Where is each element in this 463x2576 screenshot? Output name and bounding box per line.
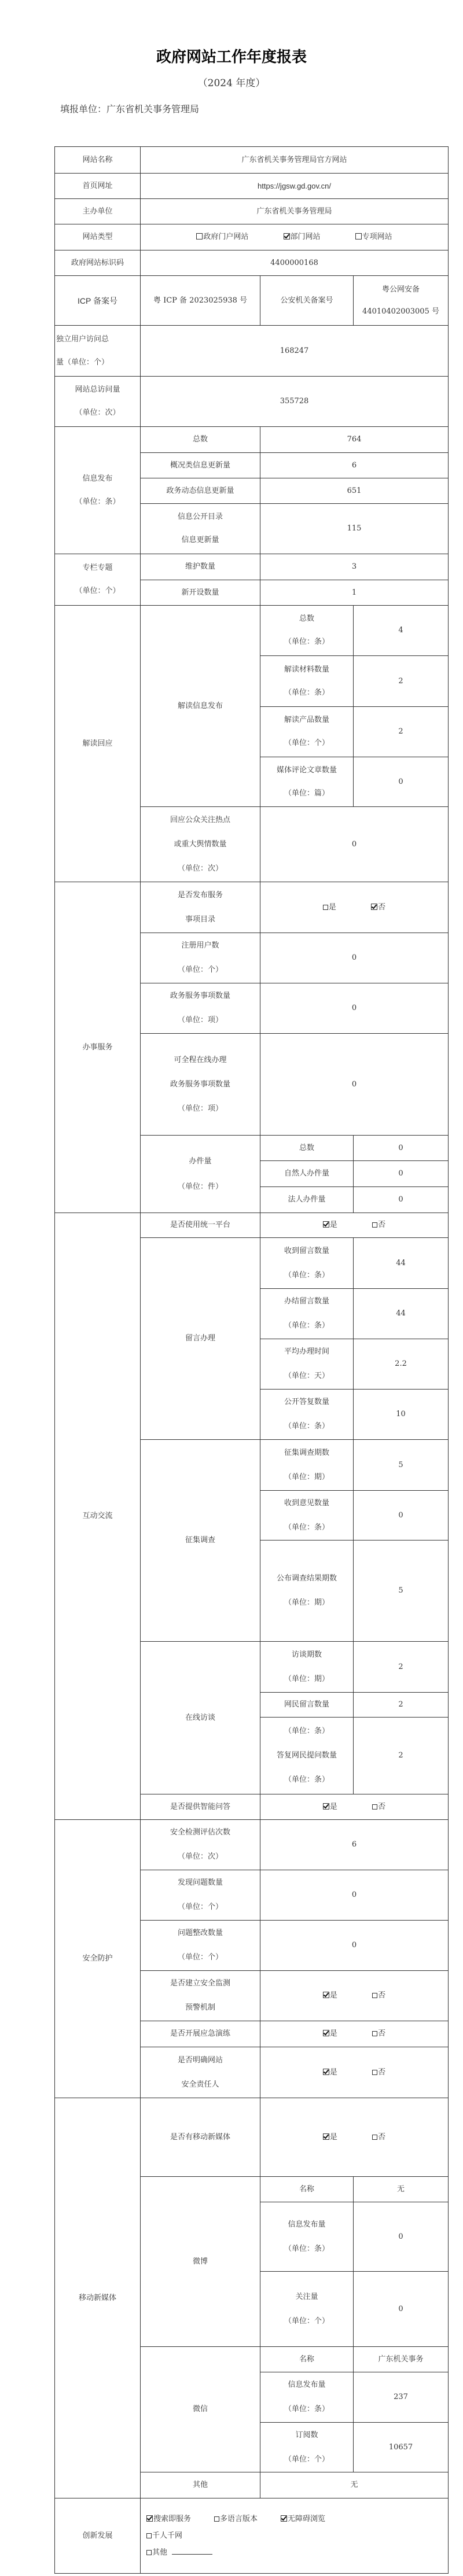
value-site-code: 4400000168 [141, 250, 449, 276]
row-platform: 互动交流 是否使用统一平台 是 否 [55, 1213, 449, 1238]
label-interview-count: 访谈期数（单位：期） [260, 1642, 354, 1693]
label-interpret-media: 媒体评论文章数量（单位：篇） [260, 757, 354, 807]
label-wechat: 微信 [141, 2347, 260, 2472]
value-msg-done: 44 [354, 1289, 449, 1339]
label-info-total: 总数 [141, 427, 260, 453]
value-weibo-posts: 0 [354, 2202, 449, 2272]
label-service-catalog: 是否发布服务事项目录 [141, 882, 260, 933]
label-interpret: 解读回应 [55, 606, 141, 882]
site-type-options: 政府门户网站 部门网站 专项网站 [141, 224, 449, 250]
value-cases-person: 0 [354, 1161, 449, 1187]
row-sponsor: 主办单位 广东省机关事务管理局 [55, 199, 449, 224]
label-weibo-name: 名称 [260, 2177, 354, 2202]
label-site-code: 政府网站标识码 [55, 250, 141, 276]
label-msg: 留言办理 [141, 1238, 260, 1440]
value-info-news: 651 [260, 478, 449, 504]
label-security: 安全防护 [55, 1820, 141, 2098]
label-cases-legal: 法人办件量 [260, 1187, 354, 1213]
checkbox-checked-icon[interactable] [146, 2515, 153, 2522]
label-uv: 独立用户访问总 量（单位：个） [55, 326, 141, 377]
label-survey-count: 征集调查期数（单位：期） [260, 1440, 354, 1491]
value-uv: 168247 [141, 326, 449, 377]
checkbox-unchecked-icon[interactable] [372, 1222, 377, 1228]
option-accessibility[interactable]: 无障碍浏览 [281, 2511, 325, 2527]
checkbox-unchecked-icon[interactable] [323, 905, 328, 910]
label-site-type: 网站类型 [55, 224, 141, 250]
checkbox-unchecked-icon[interactable] [146, 2533, 152, 2538]
checkbox-unchecked-icon[interactable] [372, 2070, 377, 2075]
option-other[interactable]: 其他 [146, 2544, 212, 2561]
label-interaction: 互动交流 [55, 1213, 141, 1820]
smart-qa-options: 是 否 [260, 1794, 449, 1820]
option-no[interactable]: 否 [372, 1219, 385, 1232]
row-media-has: 移动新媒体 是否有移动新媒体 是 否 [55, 2098, 449, 2177]
innovation-options: 搜索即服务多语言版本无障碍浏览 千人千网 其他 [141, 2498, 449, 2574]
annual-report-table: 网站名称 广东省机关事务管理局官方网站 首页网址 https://jgsw.gd… [54, 146, 449, 2574]
value-weibo-followers: 0 [354, 2272, 449, 2347]
option-special[interactable]: 专项网站 [355, 231, 392, 244]
label-wechat-name: 名称 [260, 2347, 354, 2372]
option-yes[interactable]: 是 [323, 901, 336, 914]
row-interpret-total: 解读回应 解读信息发布 总数（单位：条） 4 [55, 606, 449, 656]
value-interview-count: 2 [354, 1642, 449, 1693]
label-columns-maintain: 维护数量 [141, 554, 260, 580]
label-interpret-product: 解读产品数量（单位：个） [260, 707, 354, 757]
sec-owner-options: 是 否 [260, 2047, 449, 2098]
value-service-online: 0 [260, 1034, 449, 1136]
checkbox-unchecked-icon[interactable] [372, 1804, 377, 1810]
label-interpret-material: 解读材料数量（单位：条） [260, 656, 354, 707]
checkbox-unchecked-icon[interactable] [355, 233, 362, 239]
value-interpret-media: 0 [354, 757, 449, 807]
option-no[interactable]: 否 [372, 2028, 385, 2040]
row-site-name: 网站名称 广东省机关事务管理局官方网站 [55, 147, 449, 174]
row-sec-checks: 安全防护 安全检测评估次数（单位：次） 6 [55, 1820, 449, 1870]
label-cases-person: 自然人办件量 [260, 1161, 354, 1187]
value-sec-checks: 6 [260, 1820, 449, 1870]
row-icp: ICP 备案号 粤 ICP 备 2023025938 号 公安机关备案号 粤公网… [55, 276, 449, 326]
label-sponsor: 主办单位 [55, 199, 141, 224]
option-yes[interactable]: 是 [323, 1801, 337, 1814]
label-info-overview: 概况类信息更新量 [141, 453, 260, 478]
row-columns-maintain: 专栏专题 （单位：个） 维护数量 3 [55, 554, 449, 580]
value-survey-results: 5 [354, 1541, 449, 1642]
value-interpret-product: 2 [354, 707, 449, 757]
option-no[interactable]: 否 [372, 2131, 385, 2144]
label-msg-done: 办结留言数量（单位：条） [260, 1289, 354, 1339]
value-interview-replies: 2 [354, 1718, 449, 1794]
filling-unit: 填报单位：广东省机关事务管理局 [60, 102, 199, 115]
row-site-type: 网站类型 政府门户网站 部门网站 专项网站 [55, 224, 449, 250]
value-cases-legal: 0 [354, 1187, 449, 1213]
option-yes[interactable]: 是 [323, 2066, 337, 2079]
label-wechat-subs: 订阅数（单位：个） [260, 2423, 354, 2472]
label-sec-owner: 是否明确网站安全责任人 [141, 2047, 260, 2098]
label-service-online: 可全程在线办理政务服务事项数量（单位：项） [141, 1034, 260, 1136]
label-info-publish: 信息发布 （单位：条） [55, 427, 141, 554]
value-wechat-subs: 10657 [354, 2423, 449, 2472]
row-uv: 独立用户访问总 量（单位：个） 168247 [55, 326, 449, 377]
value-msg-received: 44 [354, 1238, 449, 1289]
label-info-catalog: 信息公开目录 信息更新量 [141, 504, 260, 554]
checkbox-unchecked-icon[interactable] [196, 233, 203, 239]
label-service: 办事服务 [55, 882, 141, 1213]
option-multilang[interactable]: 多语言版本 [214, 2511, 258, 2527]
label-weibo: 微博 [141, 2177, 260, 2347]
value-service-reg: 0 [260, 933, 449, 983]
option-department[interactable]: 部门网站 [284, 231, 321, 244]
option-search-service[interactable]: 搜索即服务 [146, 2511, 191, 2527]
label-pv: 网站总访问量 （单位：次） [55, 377, 141, 427]
value-interview-messages: 2 [354, 1693, 449, 1718]
option-personalized[interactable]: 千人千网 [146, 2527, 182, 2544]
label-survey-results: 公布调查结果期数（单位：期） [260, 1541, 354, 1642]
row-info-total: 信息发布 （单位：条） 总数 764 [55, 427, 449, 453]
value-msg-public: 10 [354, 1390, 449, 1440]
option-yes[interactable]: 是 [323, 2028, 337, 2040]
label-media-other: 其他 [141, 2472, 260, 2498]
platform-options: 是 否 [260, 1213, 449, 1238]
label-homepage: 首页网址 [55, 174, 141, 199]
label-cases-total: 总数 [260, 1136, 354, 1161]
value-survey-count: 5 [354, 1440, 449, 1491]
value-site-name: 广东省机关事务管理局官方网站 [141, 147, 449, 174]
value-sponsor: 广东省机关事务管理局 [141, 199, 449, 224]
label-survey: 征集调查 [141, 1440, 260, 1642]
sec-drill-options: 是 否 [260, 2021, 449, 2047]
label-interview-replies: （单位：条）答复网民提问数量（单位：条） [260, 1718, 354, 1794]
value-wechat-posts: 237 [354, 2372, 449, 2423]
label-service-cases: 办件量（单位：件） [141, 1136, 260, 1213]
label-columns-new: 新开设数量 [141, 580, 260, 606]
sec-monitor-options: 是 否 [260, 1971, 449, 2021]
label-sec-fixed: 问题整改数量（单位：个） [141, 1921, 260, 1971]
label-sec-monitor: 是否建立安全监测预警机制 [141, 1971, 260, 2021]
label-sec-drill: 是否开展应急演练 [141, 2021, 260, 2047]
label-msg-public: 公开答复数量（单位：条） [260, 1390, 354, 1440]
label-interview-messages: 网民留言数量 [260, 1693, 354, 1718]
label-sec-issues: 发现问题数量（单位：个） [141, 1870, 260, 1921]
value-columns-maintain: 3 [260, 554, 449, 580]
checkbox-checked-icon[interactable] [281, 2515, 287, 2522]
row-pv: 网站总访问量 （单位：次） 355728 [55, 377, 449, 427]
report-year: （2024 年度） [0, 75, 463, 89]
label-survey-opinions: 收到意见数量（单位：条） [260, 1491, 354, 1541]
label-weibo-posts: 信息发布量（单位：条） [260, 2202, 354, 2272]
option-portal[interactable]: 政府门户网站 [196, 231, 248, 244]
label-site-name: 网站名称 [55, 147, 141, 174]
checkbox-unchecked-icon[interactable] [214, 2516, 219, 2522]
label-sec-checks: 安全检测评估次数（单位：次） [141, 1820, 260, 1870]
label-service-items: 政务服务事项数量（单位：项） [141, 983, 260, 1034]
other-blank-field[interactable] [172, 2547, 212, 2555]
label-msg-received: 收到留言数量（单位：条） [260, 1238, 354, 1289]
label-police: 公安机关备案号 [260, 276, 354, 326]
option-no[interactable]: 否 [372, 2066, 385, 2079]
option-no[interactable]: 否 [372, 1801, 385, 1814]
option-no[interactable]: 否 [371, 901, 385, 914]
value-interpret-material: 2 [354, 656, 449, 707]
value-interpret-hot: 0 [260, 807, 449, 882]
value-service-items: 0 [260, 983, 449, 1034]
row-site-code: 政府网站标识码 4400000168 [55, 250, 449, 276]
checkbox-checked-icon[interactable] [323, 2030, 329, 2036]
label-innovation: 创新发展 [55, 2498, 141, 2574]
label-service-reg: 注册用户数（单位：个） [141, 933, 260, 983]
value-info-total: 764 [260, 427, 449, 453]
label-columns: 专栏专题 （单位：个） [55, 554, 141, 606]
checkbox-checked-icon[interactable] [284, 233, 290, 239]
value-info-overview: 6 [260, 453, 449, 478]
label-interpret-publish: 解读信息发布 [141, 606, 260, 807]
checkbox-unchecked-icon[interactable] [372, 2135, 377, 2140]
value-pv: 355728 [141, 377, 449, 427]
label-icp: ICP 备案号 [55, 276, 141, 326]
value-columns-new: 1 [260, 580, 449, 606]
label-interpret-hot: 回应公众关注热点或重大舆情数量（单位：次） [141, 807, 260, 882]
checkbox-unchecked-icon[interactable] [372, 2031, 377, 2036]
option-yes[interactable]: 是 [323, 1219, 337, 1232]
option-no[interactable]: 否 [372, 1989, 385, 2002]
label-info-news: 政务动态信息更新量 [141, 478, 260, 504]
value-cases-total: 0 [354, 1136, 449, 1161]
label-weibo-followers: 关注量（单位：个） [260, 2272, 354, 2347]
checkbox-checked-icon[interactable] [323, 2133, 329, 2140]
label-interview: 在线访谈 [141, 1642, 260, 1794]
value-info-catalog: 115 [260, 504, 449, 554]
option-yes[interactable]: 是 [323, 2131, 337, 2144]
checkbox-unchecked-icon[interactable] [372, 1993, 377, 1998]
media-has-options: 是 否 [260, 2098, 449, 2177]
checkbox-unchecked-icon[interactable] [146, 2550, 152, 2555]
row-innovation: 创新发展 搜索即服务多语言版本无障碍浏览 千人千网 其他 [55, 2498, 449, 2574]
checkbox-checked-icon[interactable] [371, 904, 377, 910]
value-weibo-name: 无 [354, 2177, 449, 2202]
label-media: 移动新媒体 [55, 2098, 141, 2498]
value-icp: 粤 ICP 备 2023025938 号 [141, 276, 260, 326]
checkbox-checked-icon[interactable] [323, 1803, 329, 1810]
service-catalog-options: 是 否 [260, 882, 449, 933]
row-service-catalog: 办事服务 是否发布服务事项目录 是 否 [55, 882, 449, 933]
label-platform: 是否使用统一平台 [141, 1213, 260, 1238]
option-yes[interactable]: 是 [323, 1989, 337, 2002]
label-interpret-total: 总数（单位：条） [260, 606, 354, 656]
value-interpret-total: 4 [354, 606, 449, 656]
value-survey-opinions: 0 [354, 1491, 449, 1541]
label-media-has: 是否有移动新媒体 [141, 2098, 260, 2177]
value-sec-issues: 0 [260, 1870, 449, 1921]
value-sec-fixed: 0 [260, 1921, 449, 1971]
label-wechat-posts: 信息发布量（单位：条） [260, 2372, 354, 2423]
checkbox-checked-icon[interactable] [323, 1992, 329, 1998]
row-homepage: 首页网址 https://jgsw.gd.gov.cn/ [55, 174, 449, 199]
label-msg-time: 平均办理时间（单位：天） [260, 1339, 354, 1390]
label-smart-qa: 是否提供智能问答 [141, 1794, 260, 1820]
value-wechat-name: 广东机关事务 [354, 2347, 449, 2372]
checkbox-checked-icon[interactable] [323, 1221, 329, 1228]
value-police: 粤公网安备 44010402003005 号 [354, 276, 449, 326]
report-title: 政府网站工作年度报表 [0, 45, 463, 67]
value-homepage: https://jgsw.gd.gov.cn/ [141, 174, 449, 199]
value-msg-time: 2.2 [354, 1339, 449, 1390]
checkbox-checked-icon[interactable] [323, 2069, 329, 2075]
value-media-other: 无 [260, 2472, 449, 2498]
